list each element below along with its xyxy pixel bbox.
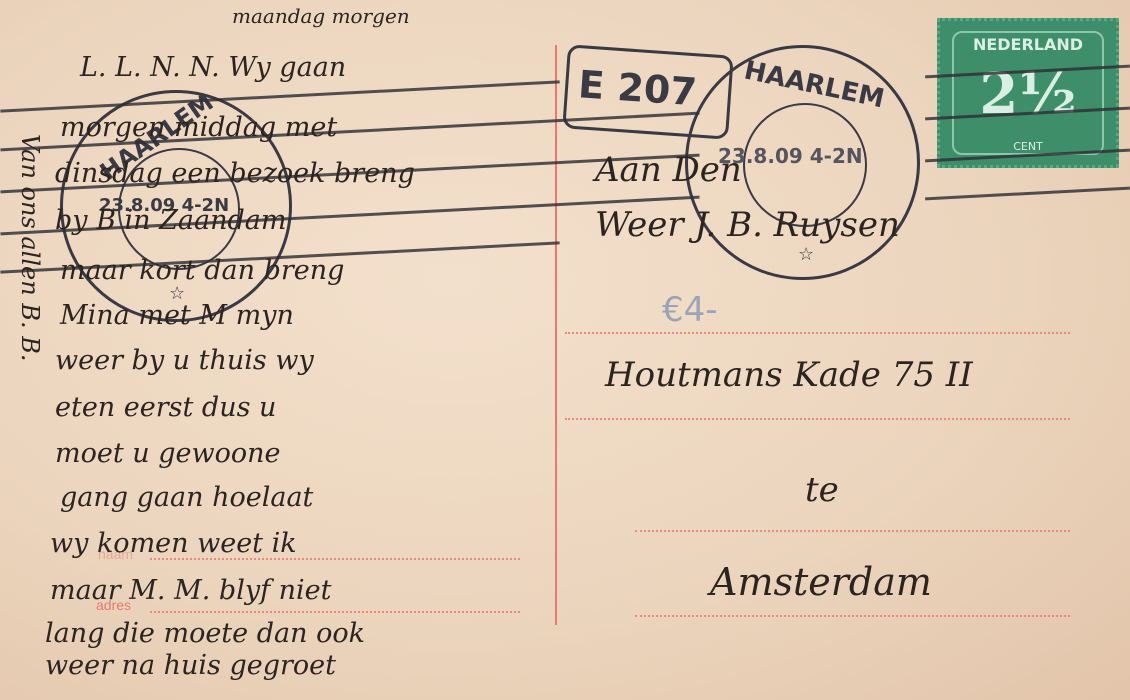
message-line: maar M. M. blyf niet: [50, 575, 332, 606]
message-line: eten eerst dus u: [55, 392, 276, 423]
center-divider: [555, 45, 557, 625]
pencil-price-note: €4-: [662, 290, 718, 330]
address-line: [635, 530, 1070, 532]
side-note: Van ons allen B. B.: [16, 134, 44, 494]
message-line: dinsdag een bezoek breng: [55, 158, 415, 189]
message-line: Mina met M myn: [60, 300, 294, 331]
postcard: naam adres NEDERLAND 2½ CENT E 207 HAARL…: [0, 0, 1130, 700]
cancel-line: [925, 187, 1130, 201]
message-line: maar kort dan breng: [60, 255, 344, 286]
message-line: moet u gewoone: [55, 438, 281, 469]
message-line: weer na huis gegroet: [45, 650, 336, 681]
star-icon: ☆: [798, 244, 814, 265]
stamp-country: NEDERLAND: [940, 35, 1116, 54]
address-line: [565, 418, 1070, 420]
message-line: weer by u thuis wy: [55, 345, 314, 376]
message-line: gang gaan hoelaat: [60, 482, 313, 513]
address-city: Amsterdam: [710, 560, 932, 604]
message-line: lang die moete dan ook: [45, 618, 365, 649]
address-street: Houtmans Kade 75 II: [605, 355, 973, 395]
address-line: [565, 332, 1070, 334]
sender-line: [150, 611, 520, 613]
message-line: morgen middag met: [60, 112, 337, 143]
address-line: [635, 615, 1070, 617]
address-preposition: te: [805, 470, 839, 510]
address-recipient: Weer J. B. Ruysen: [595, 205, 900, 245]
address-salutation: Aan Den: [595, 150, 742, 190]
message-line: L. L. N. N. Wy gaan: [80, 52, 346, 83]
message-line: wy komen weet ik: [50, 528, 297, 559]
message-line: maandag morgen: [232, 4, 410, 28]
postage-stamp: NEDERLAND 2½ CENT: [937, 18, 1119, 168]
box-cancel-text: E 207: [577, 62, 698, 114]
cancel-line: [0, 80, 559, 112]
message-line: by B in Zaandam: [55, 205, 286, 236]
